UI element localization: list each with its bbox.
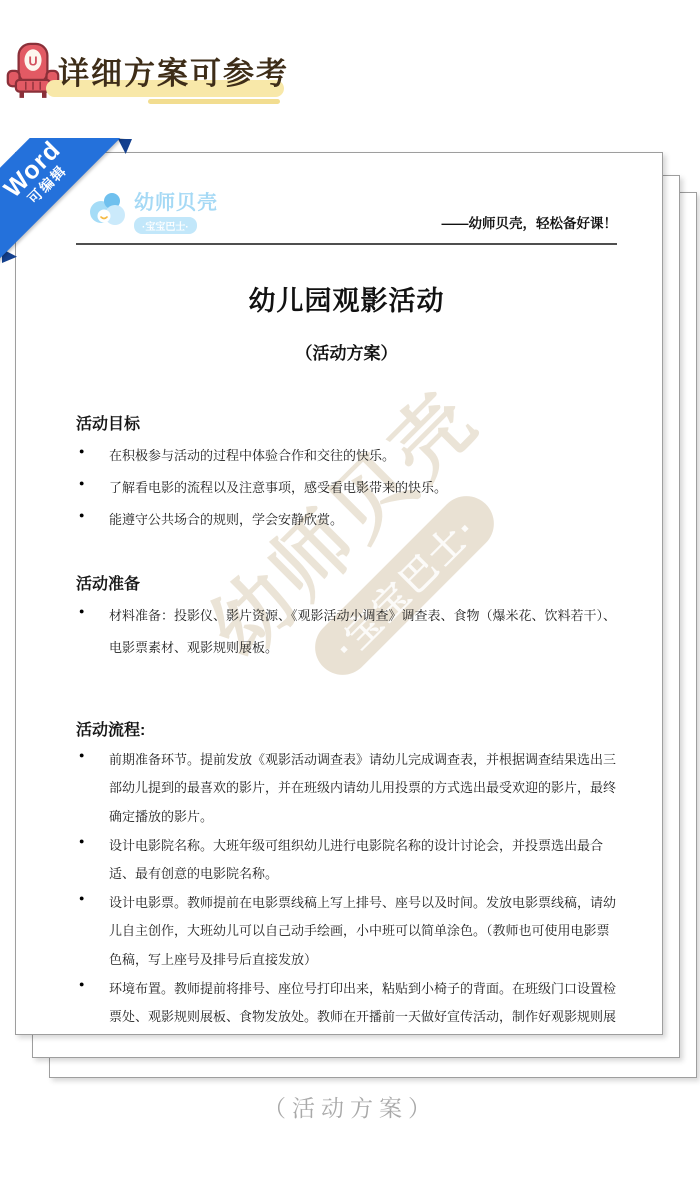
section-goals-heading: 活动目标 — [76, 411, 617, 434]
list-item-text: 设计电影院名称。大班年级可组织幼儿进行电影院名称的设计讨论会，并投票选出最合适、… — [109, 838, 603, 882]
bullet-icon: ● — [79, 746, 84, 766]
bullet-icon: ● — [79, 975, 84, 995]
list-item-text: 能遵守公共场合的规则，学会安静欣赏。 — [109, 512, 343, 527]
brand-badge: ·宝宝巴士· — [134, 217, 197, 234]
list-item-text: 了解看电影的流程以及注意事项，感受看电影带来的快乐。 — [109, 480, 447, 495]
document-header: 幼师贝壳 ·宝宝巴士· ——幼师贝壳，轻松备好课！ — [76, 186, 617, 234]
bullet-icon: ● — [79, 504, 84, 526]
doc-subtitle: （活动方案） — [76, 339, 617, 364]
ribbon-band: Word 可编辑 — [0, 138, 140, 278]
bullet-icon: ● — [79, 600, 84, 622]
prep-list: ● 材料准备：投影仪、影片资源、《观影活动小调查》调查表、食物（爆米花、饮料若干… — [76, 600, 617, 664]
list-item: ● 环境布置。教师提前将排号、座位号打印出来，粘贴到小椅子的背面。在班级门口设置… — [76, 975, 617, 1035]
list-item: ● 在积极参与活动的过程中体验合作和交往的快乐。 — [76, 440, 617, 472]
list-item: ● 前期准备环节。提前发放《观影活动调查表》请幼儿完成调查表，并根据调查结果选出… — [76, 746, 617, 832]
list-item: ● 设计电影票。教师提前在电影票线稿上写上排号、座号以及时间。发放电影票线稿，请… — [76, 889, 617, 975]
bullet-icon: ● — [79, 440, 84, 462]
list-item-text: 设计电影票。教师提前在电影票线稿上写上排号、座号以及时间。发放电影票线稿，请幼儿… — [109, 895, 616, 967]
section-flow-heading: 活动流程: — [76, 717, 617, 740]
top-banner: U 详细方案可参考 — [0, 0, 700, 120]
bullet-icon: ● — [79, 472, 84, 494]
section-prep-heading: 活动准备 — [76, 571, 617, 594]
header-rule — [76, 243, 617, 245]
banner-title: 详细方案可参考 — [58, 48, 289, 93]
list-item: ● 了解看电影的流程以及注意事项，感受看电影带来的快乐。 — [76, 472, 617, 504]
document-page: 幼师贝壳 ·宝宝巴士· 幼师贝壳 ·宝宝巴士· ——幼师贝壳，轻松备好课！ — [15, 152, 663, 1035]
flow-list: ● 前期准备环节。提前发放《观影活动调查表》请幼儿完成调查表，并根据调查结果选出… — [76, 746, 617, 1035]
list-item-text: 环境布置。教师提前将排号、座位号打印出来，粘贴到小椅子的背面。在班级门口设置检票… — [109, 981, 616, 1035]
list-item: ● 材料准备：投影仪、影片资源、《观影活动小调查》调查表、食物（爆米花、饮料若干… — [76, 600, 617, 664]
list-item: ● 能遵守公共场合的规则，学会安静欣赏。 — [76, 504, 617, 536]
bullet-icon: ● — [79, 832, 84, 852]
list-item: ● 设计电影院名称。大班年级可组织幼儿进行电影院名称的设计讨论会，并投票选出最合… — [76, 832, 617, 889]
page-content: 幼师贝壳 ·宝宝巴士· ——幼师贝壳，轻松备好课！ 幼儿园观影活动 （活动方案）… — [16, 153, 662, 1034]
brand-name: 幼师贝壳 — [134, 186, 218, 215]
word-editable-ribbon: Word 可编辑 — [0, 138, 140, 278]
svg-text:U: U — [28, 55, 37, 69]
doc-title: 幼儿园观影活动 — [76, 279, 617, 318]
goals-list: ● 在积极参与活动的过程中体验合作和交往的快乐。 ● 了解看电影的流程以及注意事… — [76, 440, 617, 536]
list-item-text: 材料准备：投影仪、影片资源、《观影活动小调查》调查表、食物（爆米花、饮料若干）、… — [109, 608, 616, 655]
list-item-text: 在积极参与活动的过程中体验合作和交往的快乐。 — [109, 448, 395, 463]
banner-underline-squiggle — [148, 99, 280, 104]
doc-caption: （活动方案） — [0, 1090, 700, 1123]
bullet-icon: ● — [79, 889, 84, 909]
doc-slogan: ——幼师贝壳，轻松备好课！ — [442, 212, 618, 234]
list-item-text: 前期准备环节。提前发放《观影活动调查表》请幼儿完成调查表，并根据调查结果选出三部… — [109, 752, 616, 824]
